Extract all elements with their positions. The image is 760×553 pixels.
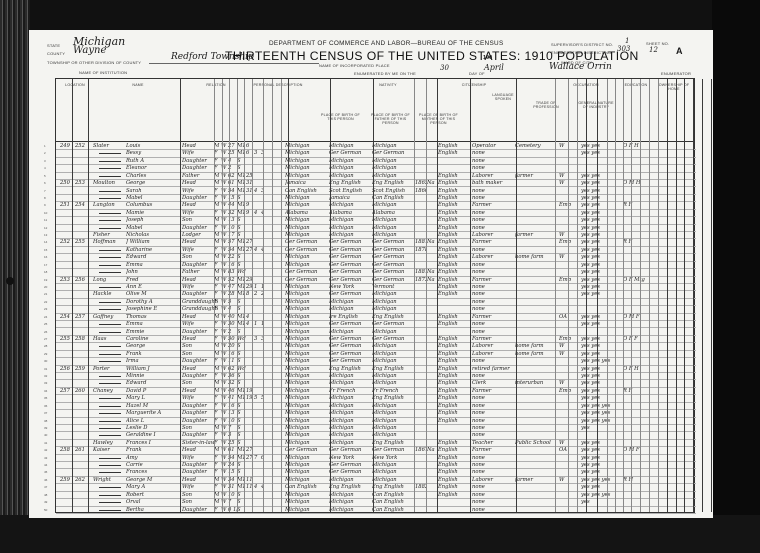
ditto-dash (99, 383, 121, 384)
column-rule (272, 79, 273, 512)
supervisor-district: 1 (625, 37, 629, 45)
column-rule (586, 79, 587, 512)
cell-rel: Daughter (182, 506, 218, 514)
ditto-dash (99, 161, 121, 162)
township-rule (149, 63, 319, 64)
film-border-left (0, 0, 30, 553)
cell-fbp: Michigan (329, 506, 371, 514)
ditto-dash (99, 198, 121, 199)
ditto-dash (99, 272, 121, 273)
enumeration-label: Enumeration District No. (551, 50, 613, 55)
column-rule (426, 79, 427, 512)
punch-hole (6, 277, 14, 285)
ditto-dash (99, 287, 121, 288)
ditto-dash (99, 487, 121, 488)
enumerator-label: Enumerator (661, 71, 691, 76)
column-rule (623, 79, 624, 512)
cell-occ: none (472, 506, 512, 514)
column-rule (88, 79, 89, 512)
column-rule (288, 79, 289, 512)
column-rule (649, 79, 650, 512)
column-rule (607, 79, 608, 512)
ditto-dash (99, 361, 121, 362)
column-rule (214, 79, 215, 512)
sheet-side: A (676, 46, 683, 56)
ditto-dash (99, 168, 121, 169)
supervisor-label: Supervisor's District No. (551, 42, 613, 47)
census-row: 50BerthaDaughterFW0 1/2SMichiganMichigan… (56, 506, 696, 514)
col-trade: Trade or profession (526, 101, 566, 109)
ditto-dash (99, 495, 121, 496)
form-number: 100 (483, 55, 492, 61)
cell-mbp: Can English (372, 506, 414, 514)
col-bp-person: Place of birth of this person (318, 113, 363, 121)
column-rule (693, 79, 694, 512)
ditto-dash (99, 465, 121, 466)
ditto-dash (99, 220, 121, 221)
ditto-dash (99, 176, 121, 177)
ditto-dash (99, 213, 121, 214)
column-rule (244, 79, 245, 512)
ditto-dash (99, 153, 121, 154)
col-education: Education (616, 83, 656, 87)
ditto-dash (99, 413, 121, 414)
column-rule (470, 79, 471, 512)
ward-label: Ward of city (561, 60, 592, 65)
column-rule (597, 79, 598, 512)
ditto-dash (99, 458, 121, 459)
col-ownership: Ownership of home (654, 83, 694, 91)
col-language: Language spoken (488, 93, 518, 101)
ditto-dash (99, 421, 121, 422)
ditto-dash (99, 250, 121, 251)
column-rule (684, 79, 685, 512)
column-rule (658, 79, 659, 512)
column-rule (373, 79, 374, 512)
cell-ms: S (237, 506, 246, 514)
ditto-dash (99, 472, 121, 473)
ditto-dash (99, 346, 121, 347)
column-rule (640, 79, 641, 512)
state-label: State (47, 43, 60, 48)
department-line: DEPARTMENT OF COMMERCE AND LABOR—BUREAU … (269, 40, 504, 47)
ditto-dash (99, 302, 121, 303)
census-table: Location Name Relation Personal Descript… (55, 78, 695, 513)
column-rule (330, 79, 331, 512)
col-relation: Relation (196, 83, 236, 87)
column-rule (568, 79, 569, 512)
column-rule (516, 79, 517, 512)
col-personal: Personal Description (246, 83, 310, 87)
ditto-dash (99, 510, 121, 511)
county-label: County (47, 51, 65, 56)
column-rule (237, 79, 238, 512)
column-rule (676, 79, 677, 512)
col-bp-father: Place of birth of father of this person (368, 113, 413, 125)
column-rule (180, 79, 181, 512)
ditto-dash (99, 354, 121, 355)
day-of-label: day of (469, 71, 485, 76)
column-rule (222, 79, 223, 512)
column-rule (72, 79, 73, 512)
institution-label: Name of institution (79, 70, 127, 75)
row-number: 50 (44, 506, 47, 514)
film-border-top (0, 0, 760, 30)
col-bp-mother: Place of birth of mother of this person (416, 113, 461, 125)
column-rule (631, 79, 632, 512)
column-rule (555, 79, 556, 512)
enum-day: 30 (440, 64, 449, 72)
ditto-dash (99, 228, 121, 229)
column-rule (667, 79, 668, 512)
ditto-dash (99, 191, 121, 192)
column-rule (229, 79, 230, 512)
ditto-dash (99, 332, 121, 333)
ditto-dash (99, 428, 121, 429)
sheet-number: 12 (649, 46, 658, 54)
enumerated-label: Enumerated by me on the (354, 71, 416, 76)
place-label: Name of incorporated place (319, 63, 390, 68)
ditto-dash (99, 309, 121, 310)
film-border-right (712, 0, 760, 553)
census-sheet: State Michigan County Wayne Township or … (29, 30, 713, 518)
ditto-dash (99, 257, 121, 258)
ditto-dash (99, 398, 121, 399)
column-rule (437, 79, 438, 512)
column-rule (281, 79, 282, 512)
township-label: Township or other division of county (47, 60, 141, 65)
ditto-dash (99, 406, 121, 407)
cell-given: Bertha (126, 506, 182, 514)
column-rule (702, 79, 703, 512)
county-value: Wayne (73, 45, 106, 56)
ditto-dash (99, 502, 121, 503)
ditto-dash (99, 376, 121, 377)
film-border-bottom (0, 515, 760, 553)
col-location: Location (60, 83, 90, 87)
column-rule (711, 79, 712, 512)
enum-month: April (484, 63, 504, 72)
ditto-dash (99, 265, 121, 266)
column-rule (577, 79, 578, 512)
enumeration-district: 303 (617, 45, 630, 53)
column-rule (263, 79, 264, 512)
ditto-dash (99, 324, 121, 325)
col-citizenship: Citizenship (461, 83, 487, 87)
column-rule (414, 79, 415, 512)
cell-bp: Michigan (285, 506, 327, 514)
col-name: Name (98, 83, 178, 87)
ditto-dash (99, 435, 121, 436)
column-rule (615, 79, 616, 512)
column-rule (252, 79, 253, 512)
